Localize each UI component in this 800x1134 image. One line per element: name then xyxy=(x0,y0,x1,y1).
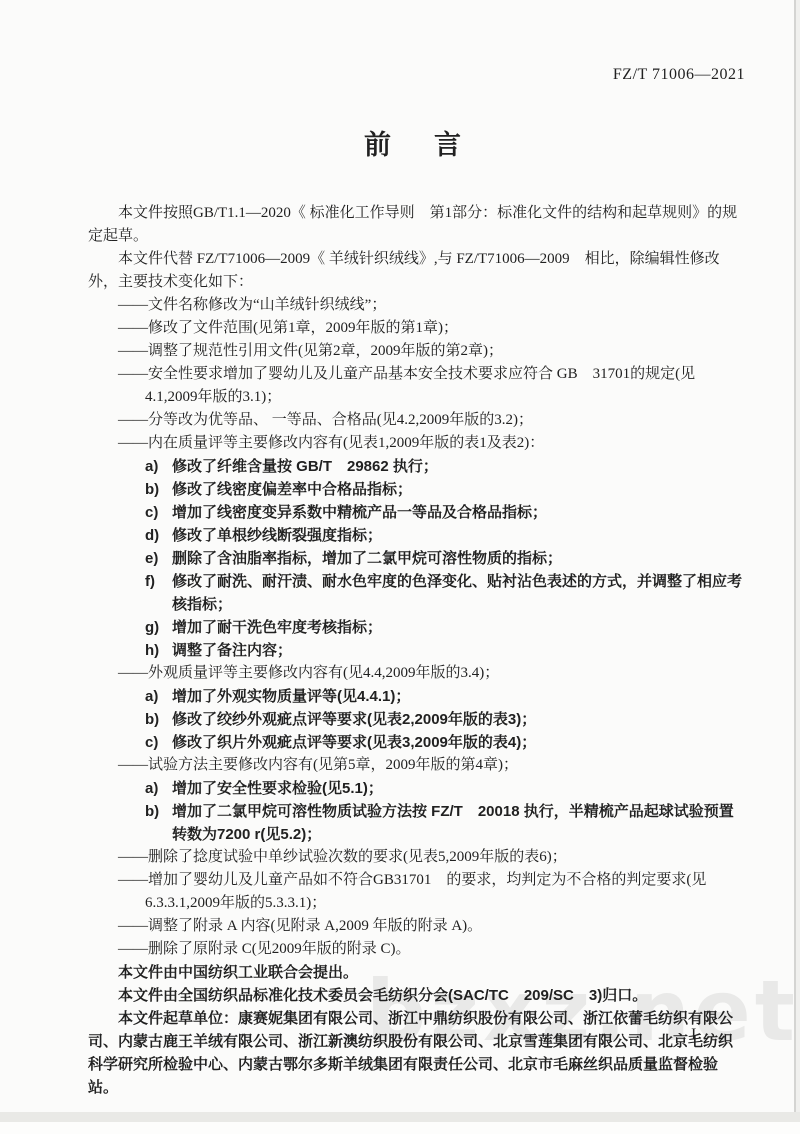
letter-marker: b) xyxy=(145,708,172,731)
letter-marker: a) xyxy=(145,685,172,708)
next-page-edge xyxy=(0,1122,800,1134)
sub-change-item: h)调整了备注内容； xyxy=(88,639,745,662)
change-text: 删除了捻度试验中单纱试验次数的要求(见表5,2009年版的表6)； xyxy=(148,849,567,865)
sub-change-text: 修改了线密度偏差率中合格品指标； xyxy=(172,481,412,498)
dash-marker: —— xyxy=(118,941,148,957)
sub-change-item: c)增加了线密度变异系数中精梳产品一等品及合格品指标； xyxy=(88,501,745,524)
letter-marker: g) xyxy=(145,616,172,639)
dash-marker: —— xyxy=(118,412,148,428)
page-title: 前 言 xyxy=(88,130,745,160)
change-text: 外观质量评等主要修改内容有(见4.4,2009年版的3.4)； xyxy=(148,665,499,681)
change-text: 增加了婴幼儿及儿童产品如不符合GB31701 的要求，均判定为不合格的判定要求(… xyxy=(145,872,706,911)
sub-change-text: 调整了备注内容； xyxy=(172,642,292,659)
change-text: 调整了规范性引用文件(见第2章，2009年版的第2章)； xyxy=(148,343,503,359)
dash-marker: —— xyxy=(118,435,148,451)
letter-marker: d) xyxy=(145,524,172,547)
letter-marker: c) xyxy=(145,731,172,754)
sub-change-item: e)删除了含油脂率指标，增加了二氯甲烷可溶性物质的指标； xyxy=(88,547,745,570)
sub-change-item: a)增加了外观实物质量评等(见4.4.1)； xyxy=(88,685,745,708)
change-item: ——修改了文件范围(见第1章，2009年版的第1章)； xyxy=(88,317,745,340)
scan-page-edge-line xyxy=(794,0,796,1112)
sub-change-text: 修改了单根纱线断裂强度指标； xyxy=(172,527,382,544)
sub-change-text: 增加了耐干洗色牢度考核指标； xyxy=(172,619,382,636)
letter-marker: e) xyxy=(145,547,172,570)
dash-marker: —— xyxy=(118,665,148,681)
scan-separator-band xyxy=(0,1112,800,1122)
letter-marker: a) xyxy=(145,777,172,800)
change-text: 试验方法主要修改内容有(见第5章，2009年版的第4章)； xyxy=(148,757,518,773)
letter-marker: a) xyxy=(145,455,172,478)
sub-change-text: 增加了外观实物质量评等(见4.4.1)； xyxy=(172,688,410,705)
dash-marker: —— xyxy=(118,297,148,313)
letter-marker: b) xyxy=(145,800,172,823)
sub-change-text: 修改了纤维含量按 GB/T 29862 执行； xyxy=(172,458,438,475)
change-item: ——删除了原附录 C(见2009年版的附录 C)。 xyxy=(88,938,745,961)
standard-number: FZ/T 71006—2021 xyxy=(88,66,745,84)
sub-change-item: b)修改了绞纱外观疵点评等要求(见表2,2009年版的表3)； xyxy=(88,708,745,731)
sub-change-text: 修改了织片外观疵点评等要求(见表3,2009年版的表4)； xyxy=(172,734,536,751)
dash-marker: —— xyxy=(118,849,148,865)
foreword-paragraph: 本文件代替 FZ/T71006—2009《 羊绒针织绒线》,与 FZ/T7100… xyxy=(88,248,745,294)
letter-marker: h) xyxy=(145,639,172,662)
foreword-paragraph: 本文件起草单位：康赛妮集团有限公司、浙江中鼎纺织股份有限公司、浙江依蕾毛纺织有限… xyxy=(88,1007,745,1099)
change-item: ——调整了规范性引用文件(见第2章，2009年版的第2章)； xyxy=(88,340,745,363)
change-item: ——外观质量评等主要修改内容有(见4.4,2009年版的3.4)； xyxy=(88,662,745,685)
sub-change-text: 修改了绞纱外观疵点评等要求(见表2,2009年版的表3)； xyxy=(172,711,536,728)
letter-marker: f) xyxy=(145,570,172,593)
document-page: FZ/T 71006—2021 前 言 本文件按照GB/T1.1—2020《 标… xyxy=(0,0,800,1099)
dash-marker: —— xyxy=(118,918,148,934)
page-number: I xyxy=(691,1026,696,1044)
change-item: ——增加了婴幼儿及儿童产品如不符合GB31701 的要求，均判定为不合格的判定要… xyxy=(88,869,745,915)
sub-change-text: 增加了二氯甲烷可溶性物质试验方法按 FZ/T 20018 执行，半精梳产品起球试… xyxy=(172,803,734,843)
sub-change-item: g)增加了耐干洗色牢度考核指标； xyxy=(88,616,745,639)
foreword-paragraph: 本文件按照GB/T1.1—2020《 标准化工作导则 第1部分：标准化文件的结构… xyxy=(88,202,745,248)
sub-change-text: 修改了耐洗、耐汗渍、耐水色牢度的色泽变化、贴衬沾色表述的方式，并调整了相应考核指… xyxy=(172,573,742,613)
foreword-body: 本文件按照GB/T1.1—2020《 标准化工作导则 第1部分：标准化文件的结构… xyxy=(88,202,745,1099)
sub-change-text: 增加了安全性要求检验(见5.1)； xyxy=(172,780,383,797)
change-text: 分等改为优等品、 一等品、合格品(见4.2,2009年版的3.2)； xyxy=(148,412,533,428)
change-text: 修改了文件范围(见第1章，2009年版的第1章)； xyxy=(148,320,458,336)
dash-marker: —— xyxy=(118,366,148,382)
change-text: 内在质量评等主要修改内容有(见表1,2009年版的表1及表2)： xyxy=(148,435,544,451)
sub-change-item: f)修改了耐洗、耐汗渍、耐水色牢度的色泽变化、贴衬沾色表述的方式，并调整了相应考… xyxy=(88,570,745,616)
letter-marker: b) xyxy=(145,478,172,501)
change-text: 文件名称修改为“山羊绒针织绒线”； xyxy=(148,297,386,313)
change-item: ——文件名称修改为“山羊绒针织绒线”； xyxy=(88,294,745,317)
change-item: ——删除了捻度试验中单纱试验次数的要求(见表5,2009年版的表6)； xyxy=(88,846,745,869)
sub-change-text: 删除了含油脂率指标，增加了二氯甲烷可溶性物质的指标； xyxy=(172,550,562,567)
sub-change-item: b)修改了线密度偏差率中合格品指标； xyxy=(88,478,745,501)
sub-change-item: b)增加了二氯甲烷可溶性物质试验方法按 FZ/T 20018 执行，半精梳产品起… xyxy=(88,800,745,846)
sub-change-item: c)修改了织片外观疵点评等要求(见表3,2009年版的表4)； xyxy=(88,731,745,754)
change-item: ——安全性要求增加了婴幼儿及儿童产品基本安全技术要求应符合 GB 31701的规… xyxy=(88,363,745,409)
change-item: ——调整了附录 A 内容(见附录 A,2009 年版的附录 A)。 xyxy=(88,915,745,938)
change-item: ——分等改为优等品、 一等品、合格品(见4.2,2009年版的3.2)； xyxy=(88,409,745,432)
dash-marker: —— xyxy=(118,320,148,336)
sub-change-item: a)修改了纤维含量按 GB/T 29862 执行； xyxy=(88,455,745,478)
sub-change-item: d)修改了单根纱线断裂强度指标； xyxy=(88,524,745,547)
sub-change-text: 增加了线密度变异系数中精梳产品一等品及合格品指标； xyxy=(172,504,547,521)
change-item: ——试验方法主要修改内容有(见第5章，2009年版的第4章)； xyxy=(88,754,745,777)
dash-marker: —— xyxy=(118,343,148,359)
change-text: 删除了原附录 C(见2009年版的附录 C)。 xyxy=(148,941,411,957)
dash-marker: —— xyxy=(118,757,148,773)
sub-change-item: a)增加了安全性要求检验(见5.1)； xyxy=(88,777,745,800)
dash-marker: —— xyxy=(118,872,148,888)
foreword-paragraph: 本文件由全国纺织品标准化技术委员会毛纺织分会(SAC/TC 209/SC 3)归… xyxy=(88,984,745,1007)
change-text: 调整了附录 A 内容(见附录 A,2009 年版的附录 A)。 xyxy=(148,918,482,934)
foreword-paragraph: 本文件由中国纺织工业联合会提出。 xyxy=(88,961,745,984)
change-item: ——内在质量评等主要修改内容有(见表1,2009年版的表1及表2)： xyxy=(88,432,745,455)
change-text: 安全性要求增加了婴幼儿及儿童产品基本安全技术要求应符合 GB 31701的规定(… xyxy=(145,366,695,405)
letter-marker: c) xyxy=(145,501,172,524)
